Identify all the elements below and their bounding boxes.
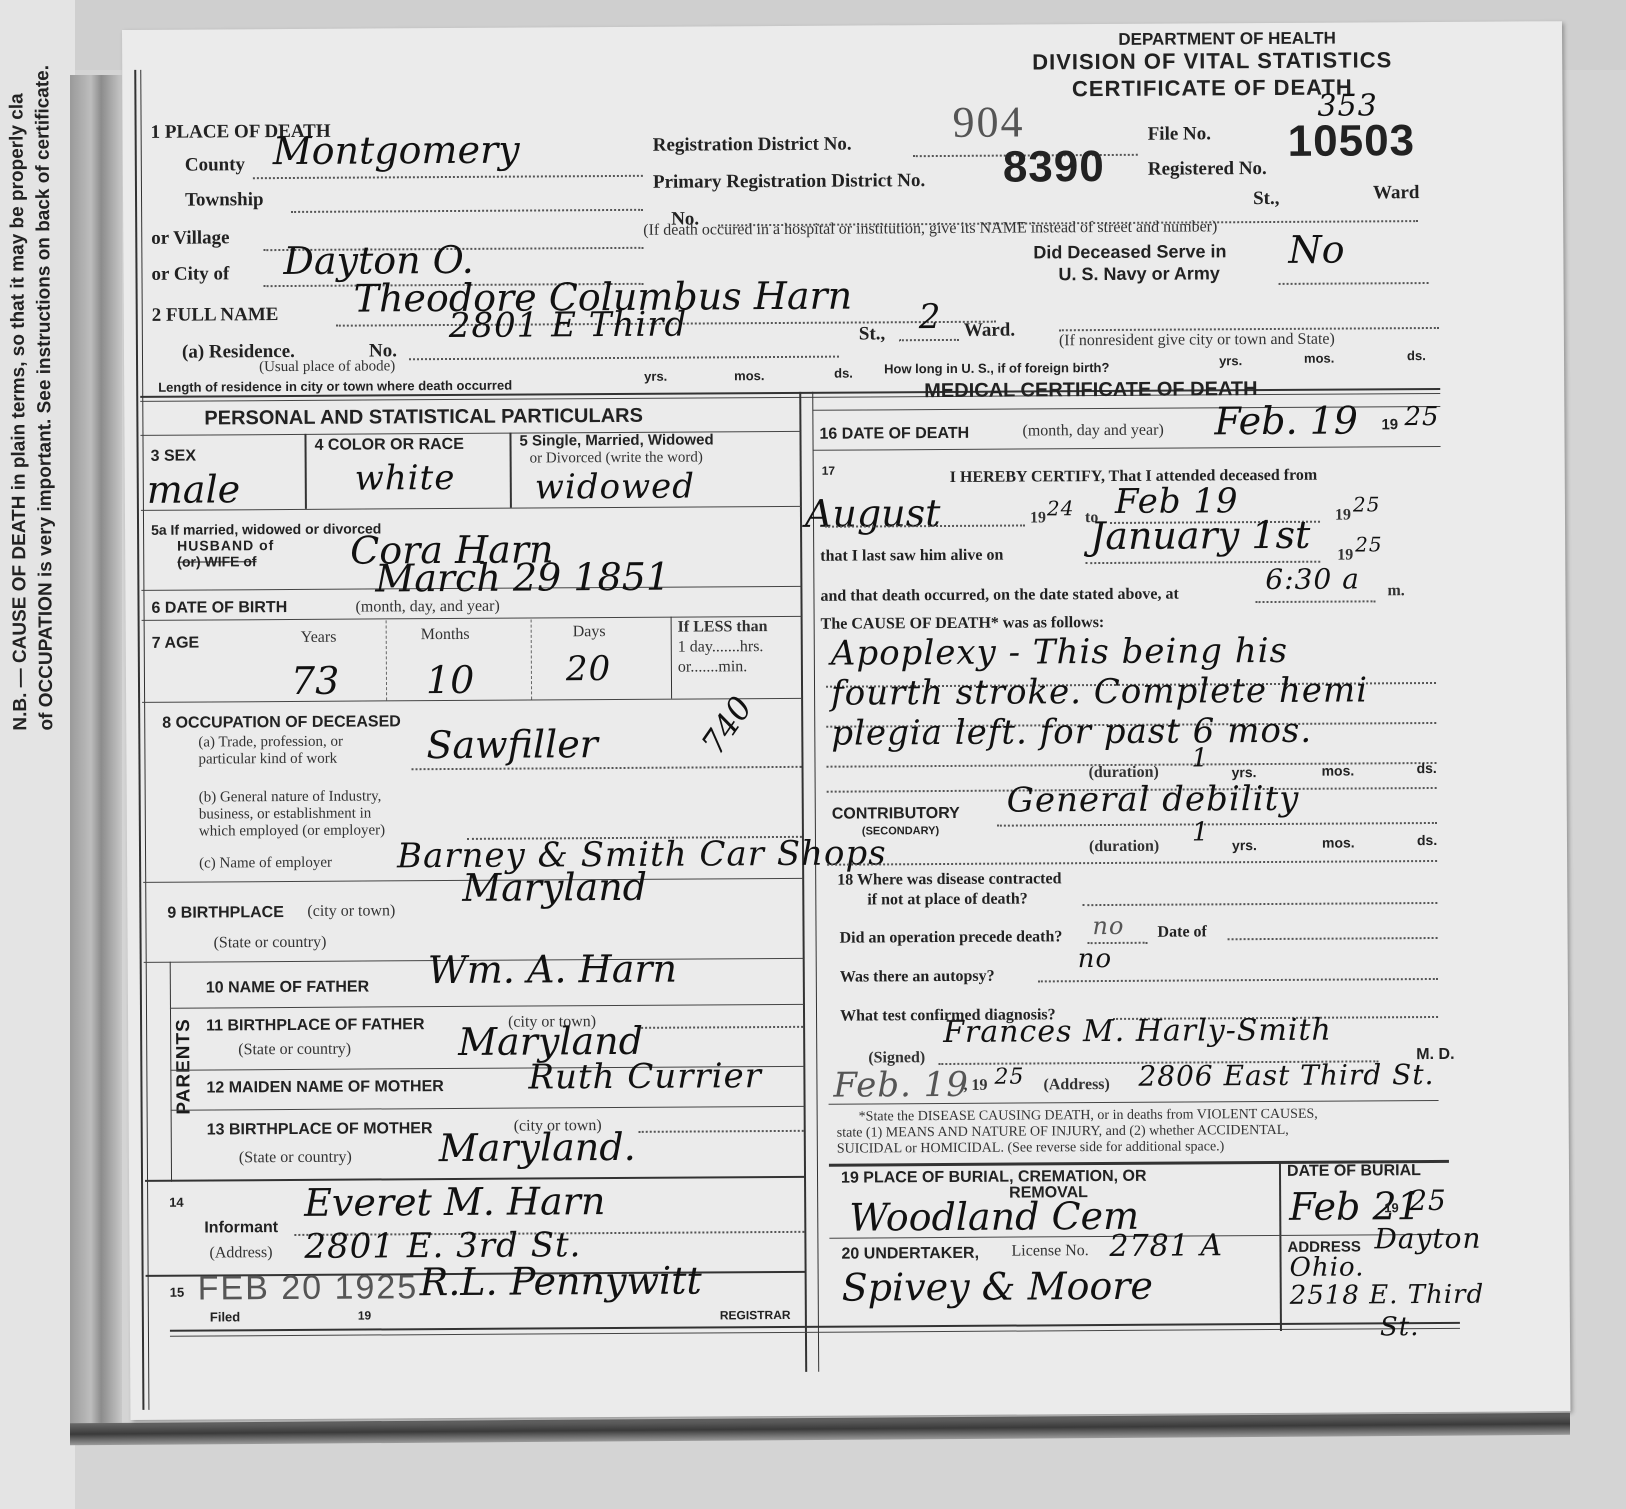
length-yrs: yrs. xyxy=(644,369,667,384)
signed-year-prefix: , 19 xyxy=(963,1077,987,1095)
mother-bp-value[interactable]: Maryland. xyxy=(439,1125,636,1170)
rule-bottom-1 xyxy=(170,1322,1460,1332)
mother-bp-label: 13 BIRTHPLACE OF MOTHER xyxy=(207,1120,433,1139)
burial-place-value[interactable]: Woodland Cem xyxy=(849,1194,1139,1240)
race-value[interactable]: white xyxy=(355,458,456,499)
birthplace-label: 9 BIRTHPLACE xyxy=(167,904,284,923)
duration-yrs-value[interactable]: 1 xyxy=(1191,743,1209,773)
age-months-value[interactable]: 10 xyxy=(426,658,475,702)
medical-heading: MEDICAL CERTIFICATE OF DEATH xyxy=(924,378,1257,403)
residence-ward-value[interactable]: 2 xyxy=(919,297,942,337)
reg-district-value[interactable]: 904 xyxy=(952,96,1024,147)
operation-label: Did an operation precede death? xyxy=(840,928,1063,947)
father-bp-line xyxy=(638,1026,803,1029)
undertaker-label: 20 UNDERTAKER, xyxy=(841,1245,979,1264)
cause-label: The CAUSE OF DEATH* was as follows: xyxy=(821,614,1105,634)
personal-heading: PERSONAL AND STATISTICAL PARTICULARS xyxy=(204,405,643,431)
burial-year[interactable]: 25 xyxy=(1409,1184,1447,1217)
registrar-label: REGISTRAR xyxy=(720,1308,791,1322)
military-value[interactable]: No xyxy=(1288,228,1344,272)
primary-reg-label: Primary Registration District No. xyxy=(653,170,925,194)
filing-number: 15 xyxy=(170,1285,185,1300)
contracted-line xyxy=(1082,902,1437,906)
trade-label-2: particular kind of work xyxy=(198,751,337,769)
less-label-2: 1 day.......hrs. xyxy=(678,638,764,657)
undertaker-value[interactable]: Spivey & Moore xyxy=(842,1264,1154,1310)
race-label: 4 COLOR OR RACE xyxy=(314,436,463,455)
st-label: St., xyxy=(1253,188,1280,210)
contracted-label-1: 18 Where was disease contracted xyxy=(837,870,1061,889)
military-label-2: U. S. Navy or Army xyxy=(1058,263,1220,285)
side-instructions: N.B. — CAUSE OF DEATH in plain terms, so… xyxy=(3,0,60,731)
rule-father xyxy=(170,1004,804,1009)
reg-district-label: Registration District No. xyxy=(653,134,852,157)
foreign-mos: mos. xyxy=(1304,351,1334,366)
full-name-label: 2 FULL NAME xyxy=(152,304,279,327)
marital-value[interactable]: widowed xyxy=(535,467,695,508)
ward-line xyxy=(899,339,959,341)
trade-label-1: (a) Trade, profession, or xyxy=(198,734,343,752)
age-days-value[interactable]: 20 xyxy=(566,649,612,689)
attended-from-year-prefix: 19 xyxy=(1030,509,1046,527)
length-mos: mos. xyxy=(734,368,764,383)
military-line xyxy=(1279,282,1429,285)
filed-stamp: FEB 20 1925 xyxy=(198,1268,419,1308)
attended-from-year[interactable]: 24 xyxy=(1047,496,1075,520)
contrib-duration-yrs: yrs. xyxy=(1232,837,1257,853)
dod-value[interactable]: Feb. 19 xyxy=(1214,398,1358,443)
father-bp-state-hint: (State or country) xyxy=(238,1041,351,1060)
death-time-line xyxy=(1256,600,1376,603)
informant-address-label: (Address) xyxy=(209,1244,272,1262)
burial-address-value-1[interactable]: Dayton xyxy=(1374,1222,1481,1256)
age-label: 7 AGE xyxy=(152,635,200,653)
informant-number: 14 xyxy=(169,1195,184,1210)
last-saw-label: that I last saw him alive on xyxy=(820,547,1003,566)
signed-year[interactable]: 25 xyxy=(994,1065,1024,1090)
age-years-value[interactable]: 73 xyxy=(291,659,340,703)
foreign-birth-label: How long in U. S., if of foreign birth? xyxy=(884,360,1109,376)
county-line xyxy=(253,175,643,179)
informant-label: Informant xyxy=(204,1219,278,1237)
rule-mother xyxy=(171,1106,805,1111)
filed-year-prefix: 19 xyxy=(358,1309,371,1323)
burial-date-label: DATE OF BURIAL xyxy=(1287,1162,1421,1181)
sex-value[interactable]: male xyxy=(147,467,241,512)
license-label: License No. xyxy=(1011,1242,1088,1260)
parents-side-label: PARENTS xyxy=(173,1018,196,1115)
attended-to-year-prefix: 19 xyxy=(1335,507,1351,525)
registered-no-value[interactable]: 10503 xyxy=(1288,116,1416,167)
duration-mos: mos. xyxy=(1321,762,1354,778)
primary-reg-value[interactable]: 8390 xyxy=(1003,142,1105,193)
operation-date-label: Date of xyxy=(1157,923,1206,941)
sex-label: 3 SEX xyxy=(151,448,196,466)
sex-divider xyxy=(304,434,306,509)
spouse-label-3: (or) WIFE of xyxy=(177,553,256,569)
death-time-label: and that death occurred, on the date sta… xyxy=(820,586,1178,606)
side-note-line2: of OCCUPATION is very important. See ins… xyxy=(29,0,60,731)
residence-line xyxy=(409,356,839,361)
contrib-duration-mos: mos. xyxy=(1322,834,1355,850)
contributory-line xyxy=(997,822,1437,827)
footnote-3: SUICIDAL or HOMICIDAL. (See reverse side… xyxy=(837,1139,1225,1157)
dod-hint: (month, day and year) xyxy=(1022,422,1163,441)
last-saw-year[interactable]: 25 xyxy=(1355,532,1383,556)
residence-st-label: St., xyxy=(859,323,886,345)
township-label: Township xyxy=(185,189,264,211)
rule-dod xyxy=(813,446,1441,451)
duration-ds: ds. xyxy=(1416,760,1436,776)
birthplace-hint: (city or town) xyxy=(307,902,395,921)
autopsy-value[interactable]: no xyxy=(1078,944,1113,974)
residence-ward-label: Ward. xyxy=(964,320,1015,342)
less-label-1: If LESS than xyxy=(678,618,768,637)
operation-value[interactable]: no xyxy=(1092,912,1124,940)
license-value[interactable]: 2781 A xyxy=(1109,1228,1223,1264)
burial-address-value-4[interactable]: St. xyxy=(1380,1312,1420,1342)
age-divider-2 xyxy=(531,620,532,700)
attended-from-value[interactable]: August xyxy=(805,491,941,536)
less-label-3: or.......min. xyxy=(678,658,747,676)
father-value[interactable]: Wm. A. Harn xyxy=(428,947,678,993)
dob-hint: (month, day, and year) xyxy=(355,598,499,617)
burial-address-value-2[interactable]: Ohio. xyxy=(1289,1252,1364,1282)
spouse-label-2: HUSBAND of xyxy=(177,537,274,554)
occupation-label: 8 OCCUPATION OF DECEASED xyxy=(162,713,401,732)
marital-label-2: or Divorced (write the word) xyxy=(530,449,703,467)
days-label: Days xyxy=(573,623,606,641)
industry-label-3: which employed (or employer) xyxy=(199,822,385,840)
division-title: DIVISION OF VITAL STATISTICS xyxy=(982,47,1442,76)
margin-mark: 740 xyxy=(694,689,760,761)
autopsy-line xyxy=(1038,978,1438,982)
card-stack-edge xyxy=(70,75,122,1425)
foreign-yrs: yrs. xyxy=(1219,353,1242,368)
doctor-address-value[interactable]: 2806 East Third St. xyxy=(1138,1058,1434,1093)
age-divider-3 xyxy=(671,617,673,699)
burial-divider xyxy=(1279,1161,1282,1331)
father-label: 10 NAME OF FATHER xyxy=(206,979,369,998)
county-label: County xyxy=(185,154,245,176)
death-time-value[interactable]: 6:30 a xyxy=(1265,562,1360,596)
registered-no-label: Registered No. xyxy=(1148,158,1267,181)
burial-place-label-1: 19 PLACE OF BURIAL, CREMATION, OR xyxy=(841,1168,1147,1188)
birthplace-value[interactable]: Maryland xyxy=(462,865,647,910)
burial-address-value-3[interactable]: 2518 E. Third xyxy=(1290,1280,1485,1311)
employer-label: (c) Name of employer xyxy=(199,855,332,873)
residence-no-value[interactable]: 2801 E Third xyxy=(449,305,688,346)
attended-to-year[interactable]: 25 xyxy=(1353,492,1381,516)
death-time-suffix: m. xyxy=(1387,582,1404,600)
village-label: or Village xyxy=(151,227,229,249)
column-divider-2 xyxy=(812,392,819,1372)
contracted-label-2: if not at place of death? xyxy=(867,890,1028,909)
column-divider xyxy=(799,392,807,1372)
trade-value[interactable]: Sawfiller xyxy=(426,722,598,767)
contributory-value[interactable]: General debility xyxy=(1007,779,1300,821)
filed-label: Filed xyxy=(210,1309,240,1324)
cause-line-1-value[interactable]: Apoplexy - This being his xyxy=(831,631,1288,674)
cause-line-3-value[interactable]: plegia left. for past 6 mos. xyxy=(831,711,1312,754)
race-divider xyxy=(509,433,511,508)
signed-date[interactable]: Feb. 19 xyxy=(833,1065,969,1106)
ward-label: Ward xyxy=(1373,182,1420,204)
foreign-ds: ds. xyxy=(1407,348,1426,363)
industry-label-1: (b) General nature of Industry, xyxy=(199,788,382,806)
spouse-label-1: 5a If married, widowed or divorced xyxy=(151,520,381,537)
mother-bp-state-hint: (State or country) xyxy=(239,1149,352,1168)
contributory-label: CONTRIBUTORY xyxy=(832,805,960,824)
military-label-1: Did Deceased Serve in xyxy=(1033,241,1226,263)
cause-line-2-value[interactable]: fourth stroke. Complete hemi xyxy=(831,670,1368,713)
township-line xyxy=(291,209,643,213)
duration-yrs: yrs. xyxy=(1232,764,1257,780)
signed-value: Frances M. Harly-Smith xyxy=(943,1013,1332,1050)
birthplace-state-hint: (State or country) xyxy=(214,934,327,953)
secondary-label: (SECONDARY) xyxy=(862,825,939,837)
death-certificate: N.B. — CAUSE OF DEATH in plain terms, so… xyxy=(122,21,1570,1420)
autopsy-label: Was there an autopsy? xyxy=(840,968,995,987)
dod-year-prefix: 19 xyxy=(1381,416,1398,433)
dob-label: 6 DATE OF BIRTH xyxy=(151,599,287,618)
usual-abode-note: (Usual place of abode) xyxy=(259,358,395,376)
cert-number: 17 xyxy=(822,464,835,478)
contrib-duration-label: (duration) xyxy=(1089,838,1159,856)
length-ds: ds. xyxy=(834,366,853,381)
mother-label: 12 MAIDEN NAME OF MOTHER xyxy=(206,1078,443,1097)
nonresident-note: (If nonresident give city or town and St… xyxy=(1059,331,1335,351)
file-no-label: File No. xyxy=(1148,123,1211,145)
years-label: Years xyxy=(301,629,337,647)
parents-bracket xyxy=(170,962,172,1182)
city-label: or City of xyxy=(151,263,229,285)
industry-label-2: business, or establishment in xyxy=(199,805,372,823)
dob-value[interactable]: March 29 1851 xyxy=(375,555,670,601)
last-saw-value[interactable]: January 1st xyxy=(1090,513,1310,558)
doctor-address-label: (Address) xyxy=(1043,1076,1109,1094)
length-residence-label: Length of residence in city or town wher… xyxy=(158,378,512,395)
contrib-duration-ds: ds. xyxy=(1417,832,1437,848)
mother-value[interactable]: Ruth Currier xyxy=(528,1056,762,1097)
age-divider-1 xyxy=(386,620,387,700)
father-bp-label: 11 BIRTHPLACE OF FATHER xyxy=(206,1016,424,1035)
informant-value[interactable]: Everet M. Harn xyxy=(304,1179,605,1225)
contrib-duration-yrs-value[interactable]: 1 xyxy=(1192,817,1210,847)
county-value[interactable]: Montgomery xyxy=(273,128,520,174)
registrar-signature: R.L. Pennywitt xyxy=(420,1258,702,1304)
operation-date-line xyxy=(1228,937,1438,940)
dod-label: 16 DATE OF DEATH xyxy=(819,425,969,444)
burial-year-prefix: 19 xyxy=(1384,1200,1399,1215)
marital-label-1: 5 Single, Married, Widowed xyxy=(519,431,713,449)
margin-rule xyxy=(134,70,149,1410)
dod-year[interactable]: 25 xyxy=(1404,402,1439,432)
contrib-line-2 xyxy=(827,860,1437,866)
hospital-note: (If death occured in a hospital or insti… xyxy=(643,218,1217,240)
mother-bp-line xyxy=(639,1130,804,1133)
months-label: Months xyxy=(421,626,470,644)
